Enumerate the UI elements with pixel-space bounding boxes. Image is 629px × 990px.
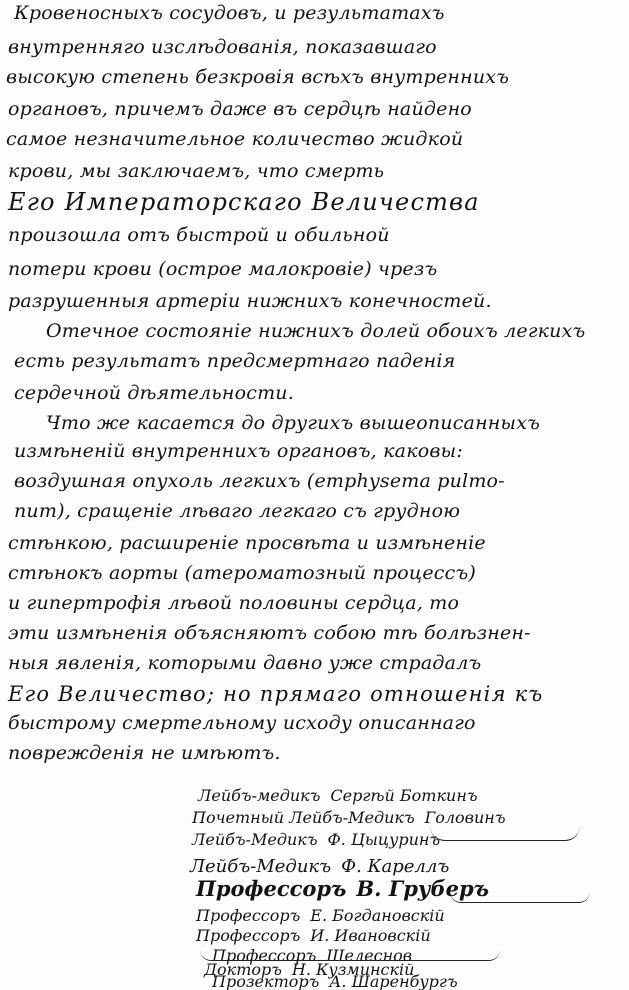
signature-title: Профессоръ <box>196 906 300 925</box>
body-line: и гипертрофія лѣвой половины сердца, то <box>8 592 459 614</box>
body-line: стѣнкою, расширеніе просвѣта и измѣненіе <box>8 532 486 554</box>
signature-name: Ф. Кареллъ <box>341 856 449 877</box>
signature: ПрофессоръЕ. Богдановскій <box>196 906 445 925</box>
signature: Почетный Лейбъ-МедикъГоловинъ <box>192 808 506 827</box>
body-line: стѣнокъ аорты (атероматозный процессъ) <box>8 562 476 584</box>
handwritten-document-page: Кровеносныхъ сосудовъ, и результатахъ вн… <box>0 0 629 990</box>
signature: ПрозекторъА. Шаренбургъ <box>212 972 458 990</box>
signature: Лейбъ-МедикъФ. Цыцуринъ <box>192 830 440 849</box>
signature-title: Прозекторъ <box>212 972 319 990</box>
signature-title: Почетный Лейбъ-Медикъ <box>192 808 415 827</box>
signature-name: Головинъ <box>425 808 506 827</box>
body-line: измѣненій внутреннихъ органовъ, каковы: <box>14 440 463 462</box>
signature-flourish <box>450 892 590 903</box>
signature-title: Профессоръ <box>196 876 346 901</box>
body-line: внутренняго изслѣдованія, показавшаго <box>8 36 437 58</box>
body-line: эти измѣненія объясняютъ собою тѣ болѣзн… <box>8 622 531 644</box>
body-line: органовъ, причемъ даже въ сердцѣ найдено <box>8 98 472 120</box>
signature-name: И. Ивановскій <box>310 926 430 945</box>
body-line: разрушенныя артеріи нижнихъ конечностей. <box>8 290 492 312</box>
body-line: сердечной дѣятельности. <box>14 382 294 404</box>
signature: Лейбъ-медикъСергѣй Боткинъ <box>198 786 478 805</box>
body-line: высокую степень безкровія всѣхъ внутренн… <box>6 66 509 88</box>
body-line: num), сращеніе лѣваго легкаго съ грудною <box>14 500 460 522</box>
signature-name: Ф. Цыцуринъ <box>327 830 440 849</box>
body-line: быстрому смертельному исходу описаннаго <box>8 712 476 734</box>
signature-title: Лейбъ-Медикъ <box>192 830 317 849</box>
signature-title: Лейбъ-Медикъ <box>190 856 331 877</box>
body-line: потери крови (острое малокровіе) чрезъ <box>8 258 437 280</box>
signature: ПрофессоръВ. Груберъ <box>196 876 489 901</box>
body-line: произошла отъ быстрой и обильной <box>8 224 390 246</box>
signature-title: Профессоръ <box>196 926 300 945</box>
body-line: ныя явленія, которыми давно уже страдалъ <box>8 652 481 674</box>
body-line-emperor-title: Его Императорскаго Величества <box>8 188 480 216</box>
signature-name: Е. Богдановскій <box>310 906 444 925</box>
body-line: Кровеносныхъ сосудовъ, и результатахъ <box>14 2 445 24</box>
body-line: Что же касается до другихъ вышеописанных… <box>46 412 540 434</box>
signature: Лейбъ-МедикъФ. Кареллъ <box>190 856 449 877</box>
body-line: есть результатъ предсмертнаго паденія <box>14 350 455 372</box>
body-line: Отечное состояніе нижнихъ долей обоихъ л… <box>46 320 585 342</box>
body-line: воздушная опухоль легкихъ (emphysema pul… <box>14 470 505 492</box>
body-line: Его Величество; но прямаго отношенія къ <box>8 682 544 706</box>
signature-name: Сергѣй Боткинъ <box>330 786 477 805</box>
body-line: крови, мы заключаемъ, что смерть <box>8 160 384 182</box>
signature-flourish <box>430 826 580 841</box>
signature-title: Лейбъ-медикъ <box>198 786 320 805</box>
body-line: самое незначительное количество жидкой <box>6 128 463 150</box>
signature-name: А. Шаренбургъ <box>329 972 457 990</box>
body-line: поврежденія не имѣютъ. <box>8 742 281 764</box>
signature: ПрофессоръИ. Ивановскій <box>196 926 431 945</box>
signature-flourish <box>200 950 500 961</box>
